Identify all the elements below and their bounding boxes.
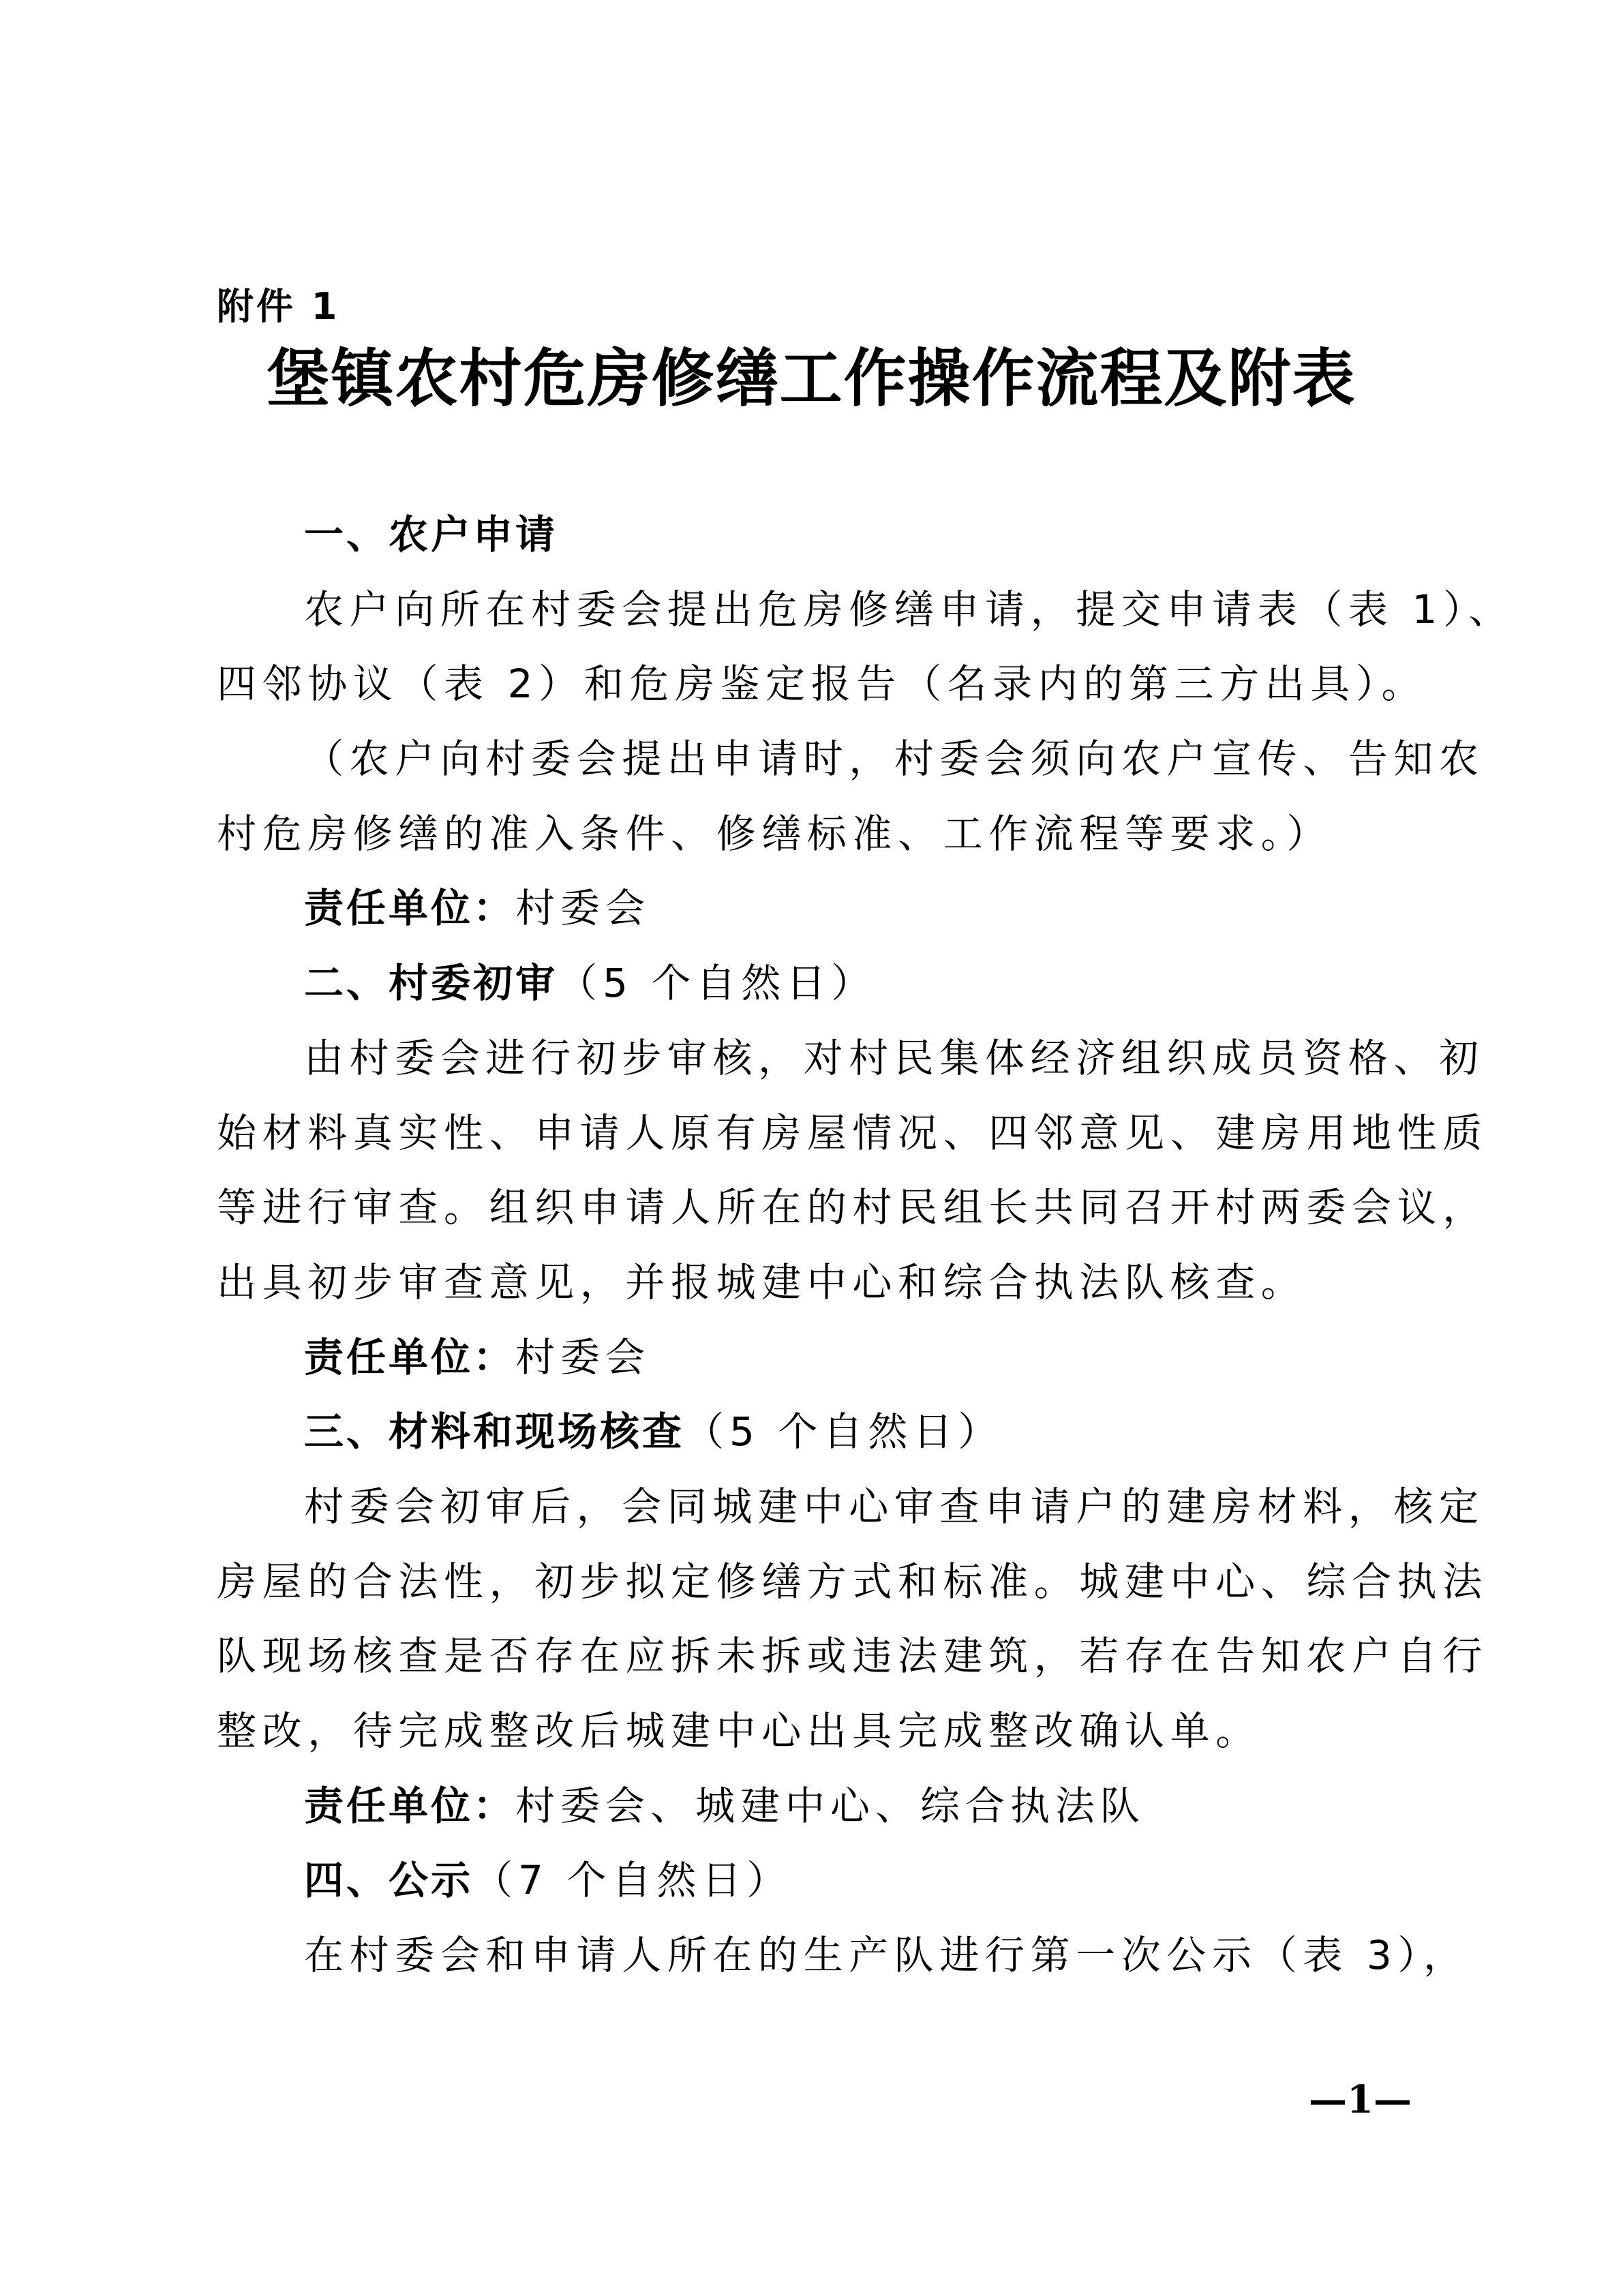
responsibility-label: 责任单位： [304, 1334, 515, 1380]
paragraph-line: 整改，待完成整改后城建中心出具完成整改确认单。 [217, 1694, 1416, 1769]
attachment-label: 附件 1 [217, 286, 339, 327]
section-heading-text: 四、公示 [304, 1857, 473, 1903]
responsibility-label: 责任单位： [304, 885, 515, 931]
section-heading-village-review: 二、村委初审（5 个自然日） [217, 946, 1416, 1021]
paragraph-line: （农户向村委会提出申请时，村委会须向农户宣传、告知农 [217, 722, 1416, 797]
document-page: 附件 1 堡镇农村危房修缮工作操作流程及附表 一、农户申请 农户向所在村委会提出… [0, 0, 1623, 2296]
paragraph-line: 由村委会进行初步审核，对村民集体经济组织成员资格、初 [217, 1021, 1416, 1096]
section-heading-material-site-check: 三、材料和现场核查（5 个自然日） [217, 1395, 1416, 1470]
responsibility-line: 责任单位：村委会、城建中心、综合执法队 [217, 1769, 1416, 1844]
responsibility-label: 责任单位： [304, 1783, 515, 1829]
section-heading-public-notice: 四、公示（7 个自然日） [217, 1843, 1416, 1918]
paragraph-line: 四邻协议（表 2）和危房鉴定报告（名录内的第三方出具）。 [217, 647, 1416, 722]
section-duration: （5 个自然日） [558, 960, 876, 1006]
paragraph-line: 始材料真实性、申请人原有房屋情况、四邻意见、建房用地性质 [217, 1096, 1416, 1171]
paragraph-line: 在村委会和申请人所在的生产队进行第一次公示（表 3）， [217, 1918, 1416, 1993]
paragraph-line: 出具初步审查意见，并报城建中心和综合执法队核查。 [217, 1245, 1416, 1320]
section-heading-text: 三、材料和现场核查 [304, 1408, 684, 1455]
document-body: 一、农户申请 农户向所在村委会提出危房修缮申请，提交申请表（表 1）、 四邻协议… [217, 498, 1416, 1993]
responsibility-value: 村委会 [515, 1334, 650, 1380]
responsibility-line: 责任单位：村委会 [217, 1320, 1416, 1395]
section-heading-farmer-application: 一、农户申请 [217, 498, 1416, 573]
paragraph-line: 队现场核查是否存在应拆未拆或违法建筑，若存在告知农户自行 [217, 1619, 1416, 1694]
document-title: 堡镇农村危房修缮工作操作流程及附表 [0, 341, 1623, 416]
paragraph-line: 等进行审查。组织申请人所在的村民组长共同召开村两委会议， [217, 1170, 1416, 1245]
section-duration: （5 个自然日） [684, 1408, 1003, 1455]
paragraph-line: 村危房修缮的准入条件、修缮标准、工作流程等要求。） [217, 797, 1416, 872]
paragraph-line: 房屋的合法性，初步拟定修缮方式和标准。城建中心、综合执法 [217, 1545, 1416, 1620]
section-duration: （7 个自然日） [473, 1857, 791, 1903]
page-number: —1— [1309, 2078, 1412, 2121]
section-heading-text: 二、村委初审 [304, 960, 558, 1006]
section-heading-text: 一、农户申请 [304, 511, 558, 558]
paragraph-line: 村委会初审后，会同城建中心审查申请户的建房材料，核定 [217, 1470, 1416, 1545]
paragraph-line: 农户向所在村委会提出危房修缮申请，提交申请表（表 1）、 [217, 573, 1416, 648]
responsibility-value: 村委会、城建中心、综合执法队 [515, 1783, 1145, 1829]
responsibility-value: 村委会 [515, 885, 650, 931]
responsibility-line: 责任单位：村委会 [217, 871, 1416, 946]
